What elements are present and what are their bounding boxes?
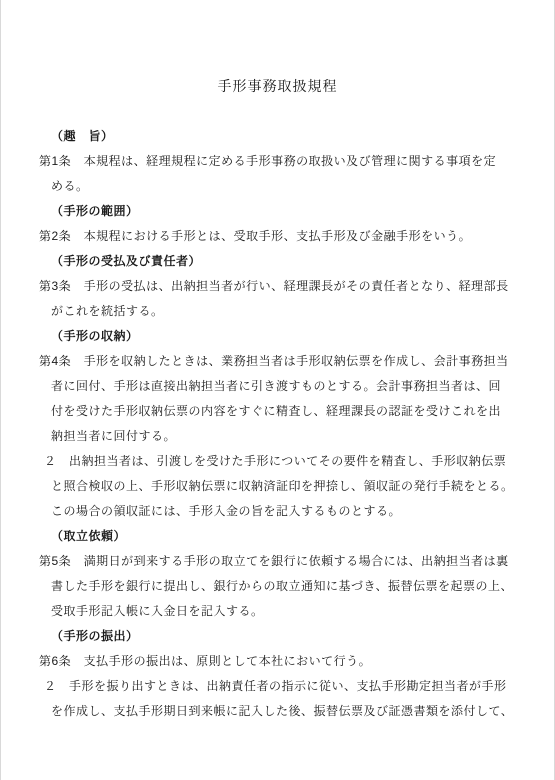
- article-1-line-1: 第1条 本規程は、経理規程に定める手形事務の取扱い及び管理に関する事項を定: [1, 149, 554, 174]
- article-3-line-1: 第3条 手形の受払は、出納担当者が行い、経理課長がその責任者となり、経理部長: [1, 274, 554, 299]
- article-4-para-2-line-2: と照合検収の上、手形収納伝票に収納済証印を押捺し、領収証の発行手続をとる。: [1, 474, 554, 499]
- document-body: （趣 旨） 第1条 本規程は、経理規程に定める手形事務の取扱い及び管理に関する事…: [1, 124, 554, 724]
- article-6-para-2-line-1: ２ 手形を振り出すときは、出納責任者の指示に従い、支払手形勘定担当者が手形: [1, 674, 554, 699]
- section-heading-scope: （手形の範囲）: [1, 199, 554, 224]
- article-4-para-2-line-1: ２ 出納担当者は、引渡しを受けた手形についてその要件を精査し、手形収納伝票: [1, 449, 554, 474]
- article-6-line-1: 第6条 支払手形の振出は、原則として本社において行う。: [1, 649, 554, 674]
- article-2-line-1: 第2条 本規程における手形とは、受取手形、支払手形及び金融手形をいう。: [1, 224, 554, 249]
- document-page: { "page": { "background": "#ffffff", "te…: [0, 0, 555, 780]
- section-heading-issuance: （手形の振出）: [1, 624, 554, 649]
- article-4-line-2: 者に回付、手形は直接出納担当者に引き渡すものとする。会計事務担当者は、回: [1, 374, 554, 399]
- article-4-para-2-line-3: この場合の領収証には、手形入金の旨を記入するものとする。: [1, 499, 554, 524]
- article-5-line-1: 第5条 満期日が到来する手形の取立てを銀行に依頼する場合には、出納担当者は裏: [1, 549, 554, 574]
- article-3-line-2: がこれを統括する。: [1, 299, 554, 324]
- section-heading-collection: （取立依頼）: [1, 524, 554, 549]
- document-title: 手形事務取扱規程: [1, 76, 554, 96]
- section-heading-receipt: （手形の収納）: [1, 324, 554, 349]
- article-4-line-1: 第4条 手形を収納したときは、業務担当者は手形収納伝票を作成し、会計事務担当: [1, 349, 554, 374]
- article-5-line-3: 受取手形記入帳に入金日を記入する。: [1, 599, 554, 624]
- article-6-para-2-line-2: を作成し、支払手形期日到来帳に記入した後、振替伝票及び証憑書類を添付して、: [1, 699, 554, 724]
- article-1-line-2: める。: [1, 174, 554, 199]
- section-heading-responsibility: （手形の受払及び責任者）: [1, 249, 554, 274]
- article-4-line-3: 付を受けた手形収納伝票の内容をすぐに精査し、経理課長の認証を受けこれを出: [1, 399, 554, 424]
- article-4-line-4: 納担当者に回付する。: [1, 424, 554, 449]
- section-heading-purpose: （趣 旨）: [1, 124, 554, 149]
- article-5-line-2: 書した手形を銀行に提出し、銀行からの取立通知に基づき、振替伝票を起票の上、: [1, 574, 554, 599]
